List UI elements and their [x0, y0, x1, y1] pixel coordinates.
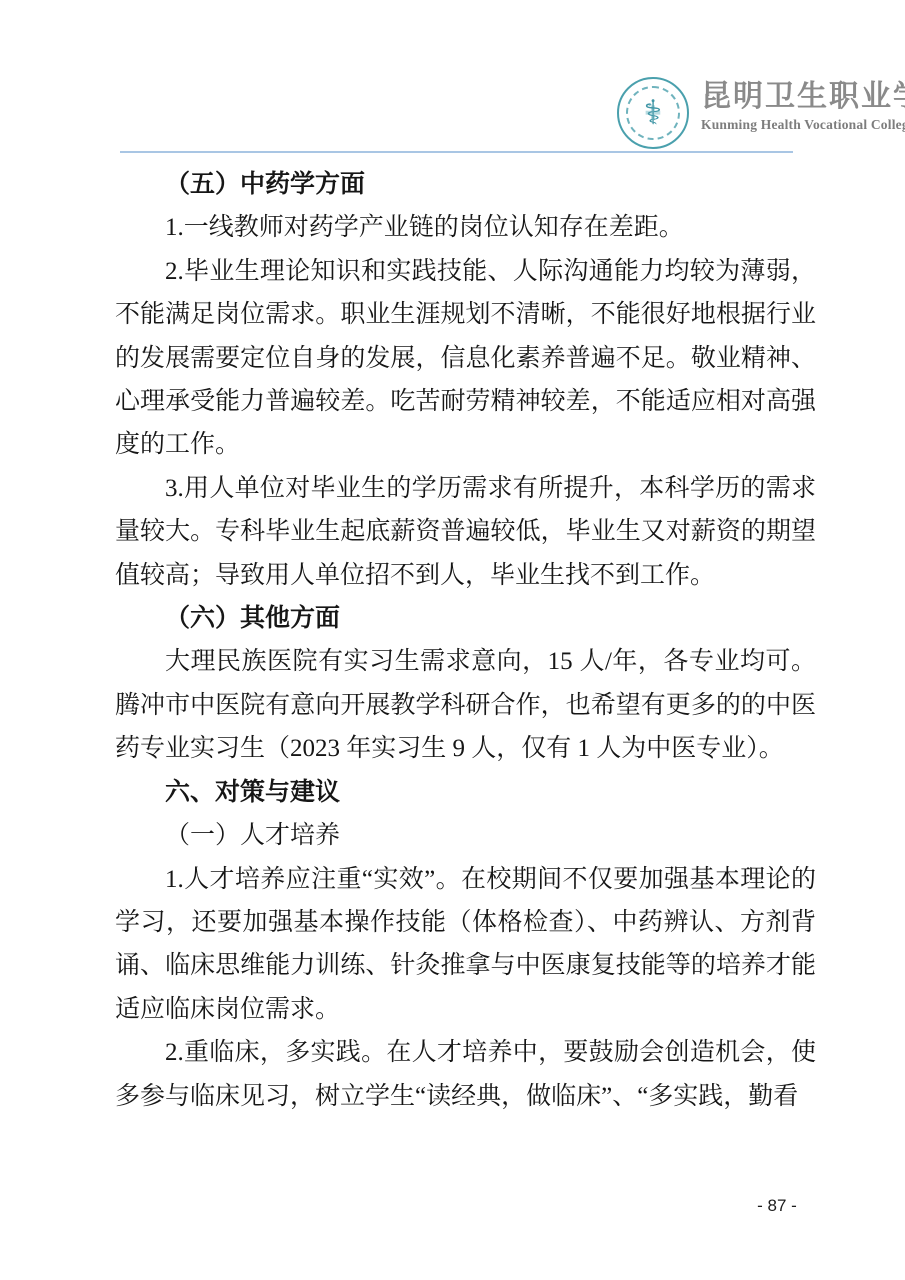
page-header: ✚ ⚕ 昆明卫生职业学院 Kunming Health Vocational C… — [0, 0, 905, 160]
document-page: ✚ ⚕ 昆明卫生职业学院 Kunming Health Vocational C… — [0, 0, 905, 1280]
caduceus-icon: ⚕ — [644, 96, 662, 130]
college-brand: 昆明卫生职业学院 Kunming Health Vocational Colle… — [701, 80, 901, 132]
paragraph-point-3: 3.用人单位对毕业生的学历需求有所提升，本科学历的需求量较大。专科毕业生起底薪资… — [115, 467, 816, 597]
college-name-chinese: 昆明卫生职业学院 — [701, 80, 901, 114]
college-name-english: Kunming Health Vocational College — [701, 117, 901, 132]
section-heading-1-talent-training: （一）人才培养 — [115, 814, 816, 857]
document-body: （五）中药学方面 1.一线教师对药学产业链的岗位认知存在差距。 2.毕业生理论知… — [115, 163, 816, 1118]
paragraph-point-2: 2.毕业生理论知识和实践技能、人际沟通能力均较为薄弱，不能满足岗位需求。职业生涯… — [115, 250, 816, 467]
section-heading-6-other: （六）其他方面 — [115, 597, 816, 640]
paragraph-training-2: 2.重临床，多实践。在人才培养中，要鼓励会创造机会，使多参与临床见习，树立学生“… — [115, 1031, 816, 1118]
paragraph-other-aspects: 大理民族医院有实习生需求意向，15 人/年，各专业均可。腾冲市中医院有意向开展教… — [115, 640, 816, 770]
paragraph-training-1: 1.人才培养应注重“实效”。在校期间不仅要加强基本理论的学习，还要加强基本操作技… — [115, 858, 816, 1032]
chapter-heading-6-countermeasures: 六、对策与建议 — [115, 771, 816, 814]
paragraph-point-1: 1.一线教师对药学产业链的岗位认知存在差距。 — [115, 206, 816, 249]
college-seal-icon: ✚ ⚕ — [617, 77, 689, 149]
section-heading-5-tcm-pharmacy: （五）中药学方面 — [115, 163, 816, 206]
header-divider — [120, 151, 793, 153]
page-number: - 87 - — [737, 1196, 817, 1216]
